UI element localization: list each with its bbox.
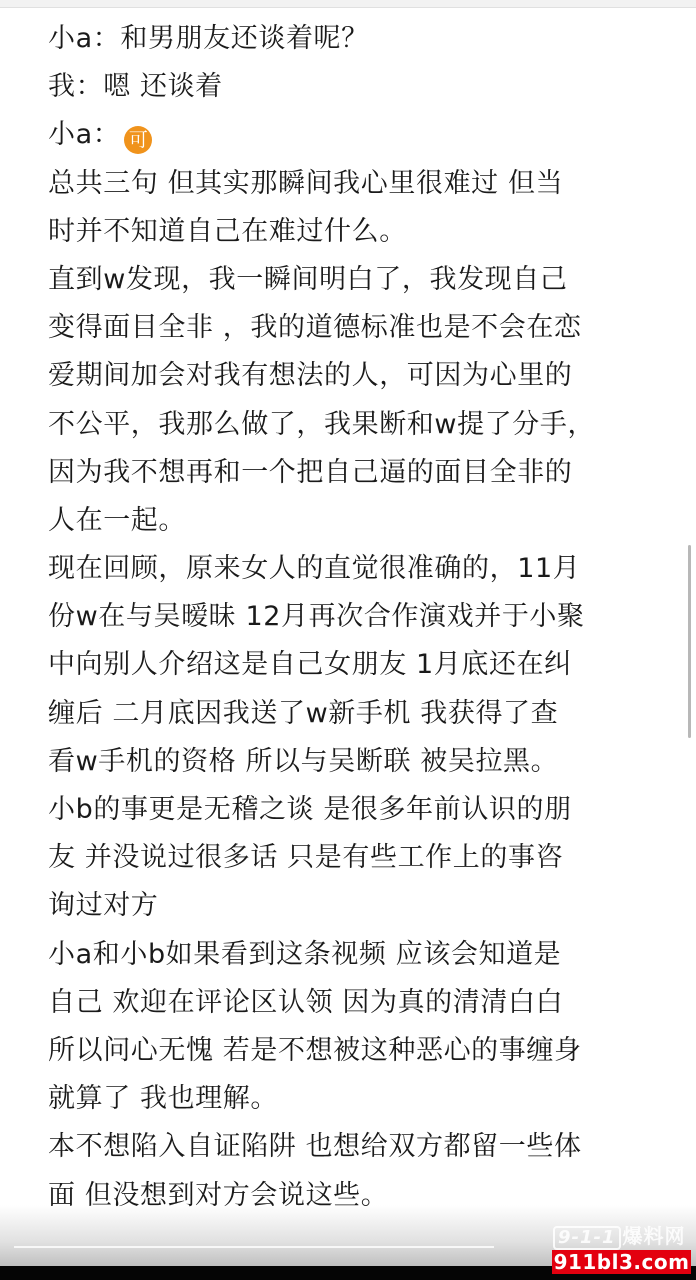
text-line: 所以问心无愧 若是不想被这种恶心的事缠身 [48,1027,668,1075]
text-line: 爱期间加会对我有想法的人，可因为心里的 [48,352,668,400]
text-line: 本不想陷入自证陷阱 也想给双方都留一些体 [48,1123,668,1171]
text-line: 时并不知道自己在难过什么。 [48,208,668,256]
text-line: 不公平，我那么做了，我果断和w提了分手， [48,401,668,449]
text-line: 面 但没想到对方会说这些。 [48,1172,668,1220]
text-line: 直到w发现，我一瞬间明白了，我发现自己 [48,256,668,304]
progress-line [14,1246,494,1248]
text-line: 就算了 我也理解。 [48,1075,668,1123]
text-line: 询过对方 [48,882,668,930]
watermark-label: 爆料网 [623,1224,686,1248]
text-line: 现在回顾，原来女人的直觉很准确的，11月 [48,545,668,593]
watermark-url: 911bl3.com [552,1250,691,1274]
text-line: 变得面目全非 ，我的道德标准也是不会在恋 [48,304,668,352]
text-line: 总共三句 但其实那瞬间我心里很难过 但当 [48,160,668,208]
top-divider-band [0,0,696,8]
watermark-logo: 9-1-1爆料网 911bl3.com [549,1220,694,1276]
text-line-label: 小a： [48,119,120,150]
text-line: 小a：和男朋友还谈着呢？ [48,15,668,63]
watermark-title: 9-1-1爆料网 [553,1223,690,1249]
text-line: 友 并没说过很多话 只是有些工作上的事咨 [48,834,668,882]
watermark-number: 9-1-1 [553,1226,621,1250]
text-line: 我：嗯 还谈着 [48,63,668,111]
document-body: 小a：和男朋友还谈着呢？ 我：嗯 还谈着 小a：可 总共三句 但其实那瞬间我心里… [48,15,668,1220]
text-line: 小a和小b如果看到这条视频 应该会知道是 [48,931,668,979]
vertical-scrollbar[interactable] [684,8,696,1266]
text-line: 看w手机的资格 所以与吴断联 被吴拉黑。 [48,738,668,786]
text-line: 因为我不想再和一个把自己逼的面目全非的 [48,449,668,497]
text-line: 人在一起。 [48,497,668,545]
text-line: 份w在与吴暧昧 12月再次合作演戏并于小聚 [48,593,668,641]
text-line: 小b的事更是无稽之谈 是很多年前认识的朋 [48,786,668,834]
scrollbar-thumb[interactable] [688,545,691,738]
text-line-with-emoji: 小a：可 [48,111,668,159]
text-line: 自己 欢迎在评论区认领 因为真的清清白白 [48,979,668,1027]
ke-emoji-icon: 可 [124,126,152,154]
text-line: 缠后 二月底因我送了w新手机 我获得了查 [48,690,668,738]
text-line: 中向别人介绍这是自己女朋友 1月底还在纠 [48,641,668,689]
